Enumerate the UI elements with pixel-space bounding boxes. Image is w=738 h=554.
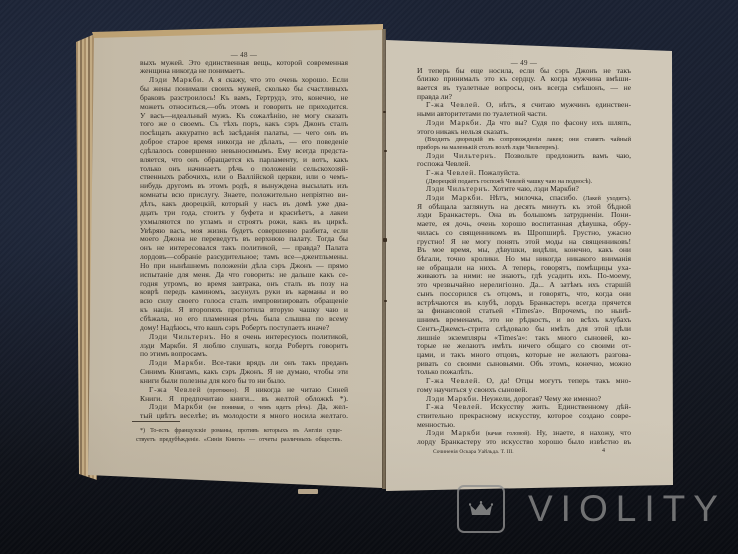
line-text: (Входитъ дворецкій въ сопровожденіи лаке… xyxy=(425,136,631,143)
line-text: Пожалуйста. xyxy=(477,168,520,177)
line-text: лорду Бранкастеру это искусство хорошо б… xyxy=(417,437,631,446)
speaker-name: Лэди Маркби xyxy=(426,428,480,437)
line-text: госпожа Чевлей. xyxy=(417,159,470,168)
spine-damage-mark xyxy=(383,238,387,242)
line-text: гому научиться у своихъ сыновей. xyxy=(417,385,527,394)
line-text: Искусству жить. Единственному дѣй- xyxy=(483,402,631,411)
line-text: Но при нынѣшнемъ положеніи дѣла сэръ Джо… xyxy=(140,261,348,270)
line-text: А я скажу, что это очень хорошо. Если xyxy=(204,75,348,84)
line-text: сбѣжала, но его пламенная рѣчь была слыш… xyxy=(140,314,348,323)
speaker-name: Г-жа Чевлей xyxy=(149,385,201,394)
line-text: ривать со своими сыновьями. Объ этомъ, к… xyxy=(417,359,631,368)
text-line: (Входитъ дворецкій въ сопровожденіи лаке… xyxy=(417,136,631,144)
watermark-text: VIOLITY xyxy=(528,489,726,529)
line-text: грустно! Я не могу понять этой моды на с… xyxy=(417,237,631,246)
line-text: Хотите чаю, лэди Маркби? xyxy=(490,184,578,193)
line-text: всю силу своего голоса сталъ импровизиро… xyxy=(140,296,348,305)
line-text: живаютъ за ними: не знаютъ, гдѣ усадить … xyxy=(417,271,631,280)
text-line: тый цвѣтъ веселѣе; въ молодости я много … xyxy=(140,412,348,421)
line-text: выхъ мужей. Это единственная вещь, котор… xyxy=(140,58,348,67)
line-text: чилась со священникомъ въ Шропширѣ. Грус… xyxy=(417,228,631,237)
line-text: И теперь бы еще носила, если бы сэръ Джо… xyxy=(417,66,631,75)
line-text: Сентъ-Джемсъ-стрита слѣдовало бы имѣть д… xyxy=(417,324,631,333)
line-text: за финансовой статьей «Times'а». Впрочем… xyxy=(417,306,631,315)
book-spine xyxy=(382,29,386,489)
footer-collection-title: Сочиненія Оскара Уайльда. Т. III. xyxy=(433,449,514,456)
speaker-name: Лэди Маркби xyxy=(149,402,203,411)
line-text: Да что вы? Судя по фасону ихъ шляпъ, xyxy=(482,118,631,127)
line-text: Я обѣщала заглянуть на десять минутъ къ … xyxy=(417,202,631,211)
line-text: ствуетъ предубѣжденіе. «Синія Книги» — о… xyxy=(136,437,342,443)
speaker-name: Лэди Чильтернъ. xyxy=(426,151,497,160)
line-text: цами, и такъ много отцовъ, которые не же… xyxy=(417,350,631,359)
text-line: Г-жа Чевлей. Пожалуйста. xyxy=(417,169,631,178)
line-text: не обращали на нихъ. А теперь, говорятъ,… xyxy=(417,263,631,272)
line-text: книги были полезны для кого бы то ни был… xyxy=(140,376,286,385)
footnote-line: *) То-есть французскіе романы, противъ к… xyxy=(136,427,342,436)
right-page-text: И теперь бы еще носила, если бы сэръ Джо… xyxy=(417,67,631,447)
line-text: маете, ея дочь, очень хорошо воспитанная… xyxy=(417,219,631,228)
spine-damage-mark xyxy=(384,150,387,152)
line-text: ухмыляются по угламъ и строятъ рожи, как… xyxy=(140,217,348,226)
line-text: дцать три года, стоитъ у буфета и краснѣ… xyxy=(140,208,348,217)
line-text: коврѣ передъ каминомъ, засунулъ руки въ … xyxy=(140,287,348,296)
line-text: Позвольте предложить вамъ чаю, xyxy=(497,151,631,160)
speaker-name: Лэди Маркби. xyxy=(426,118,482,127)
page-tab xyxy=(298,489,318,494)
line-text: моего Джона не переведутъ въ верхнюю пал… xyxy=(140,234,348,243)
line-text: Но я очень интересуюсь политикой, xyxy=(216,332,348,341)
line-text: ствительно прекрасному искусству, которо… xyxy=(417,411,631,420)
line-text: менностью. xyxy=(417,420,455,429)
left-page-text: выхъ мужей. Это единственная вещь, котор… xyxy=(140,59,348,422)
spine-damage-mark xyxy=(384,300,387,302)
line-text: бѣгали, точно кролики. Но мы никогда ник… xyxy=(417,254,631,263)
line-text: дому! Надѣюсь, что вашъ сэръ Робертъ пос… xyxy=(140,323,329,332)
text-line: лорду Бранкастеру это искусство хорошо б… xyxy=(417,438,631,447)
line-text: О, да! Отцы могутъ теперь такъ мно- xyxy=(481,376,631,385)
line-text: близко принималъ это къ сердцу. А когда … xyxy=(417,74,631,83)
line-text: лишніе экземпляры «Times'а»: такъ много … xyxy=(417,333,631,342)
line-text: годня утромъ, во время завтрака, онъ ста… xyxy=(140,279,348,288)
line-text: женщина никогда не понимаетъ. xyxy=(140,66,245,75)
footnote: *) То-есть французскіе романы, противъ к… xyxy=(136,427,342,444)
speaker-name: Г-жа Чевлей. xyxy=(426,168,477,177)
line-text: лэди Бранкастеръ. Она въ большомъ затруд… xyxy=(417,210,631,219)
text-line: этого никакъ нельзя сказать. xyxy=(417,128,631,137)
line-text: вается въ туалетные вопросы, онъ всегда … xyxy=(417,83,631,92)
line-text: Я никогда не читаю Синей xyxy=(238,385,348,394)
line-text: бы жены понимали своихъ мужей, сколько б… xyxy=(140,84,348,93)
speaker-name: Г-жа Чевлей. xyxy=(426,376,481,385)
speaker-name: Лэди Маркби. xyxy=(149,75,204,84)
line-text: О, нѣтъ, я считаю мужчинъ единствен- xyxy=(480,100,631,109)
line-text: доброе старое время никогда не дѣлалъ, —… xyxy=(140,137,348,146)
line-text: только пожалѣть. xyxy=(417,367,473,376)
line-text: только онъ начинаетъ рѣчь о положеніи се… xyxy=(140,164,348,173)
line-text: испытаніе для меня. Да что говорить: не … xyxy=(140,270,348,279)
line-text: Все-таки врядъ ли онъ такъ преданъ xyxy=(206,358,348,367)
line-text: того же о своемъ. Съ тѣхъ поръ, какъ сэр… xyxy=(140,119,348,128)
line-text: Увѣряю васъ, моя жизнь будетъ совершенно… xyxy=(140,226,348,235)
line-text: сдѣлалось совершенно невыносимымъ. Ему в… xyxy=(140,146,348,155)
line-text: Въ мое время, мы, дѣвушки, видѣли, конеч… xyxy=(417,245,631,254)
line-text: встрѣчаются въ клубѣ, лордъ Бранкастеръ … xyxy=(417,298,631,307)
line-text: онъ не интересовался такъ политикой, — п… xyxy=(140,243,348,252)
footnote-line: ствуетъ предубѣжденіе. «Синія Книги» — о… xyxy=(136,436,342,445)
line-text: Ну, знаете, я нахожу, что xyxy=(531,428,631,437)
line-text: Неужели, дорогая? Чему же именно? xyxy=(479,394,601,403)
line-text: браковъ разстроилось! Къ вамъ, Гертрудэ,… xyxy=(140,93,348,102)
line-text: ными авторитетами по туалетной части. xyxy=(417,109,547,118)
line-text: это чрезвычайно нерелигіозно. Да... А за… xyxy=(417,280,631,289)
line-text: нибудь другомъ въ этомъ родѣ, я вынужден… xyxy=(140,181,348,190)
line-text: *) То-есть французскіе романы, противъ к… xyxy=(140,428,342,434)
speaker-name: Лэди Маркби. xyxy=(149,358,206,367)
line-text: сынъ поссорился съ отцомъ, и говорятъ, ч… xyxy=(417,289,631,298)
line-text: дѣть, какъ дворецкій, который у насъ въ … xyxy=(140,199,348,208)
line-text: тый цвѣтъ веселѣе; въ молодости я много … xyxy=(140,411,348,420)
footer-signature-mark: 4 xyxy=(602,448,605,455)
line-text: У васъ—идеальный мужъ. Къ сожалѣнію, не … xyxy=(140,111,348,120)
line-text: шнимъ временамъ, это не рѣдкость, и во в… xyxy=(417,315,631,324)
line-text: вляется, что онъ обращается къ парламент… xyxy=(140,155,348,164)
speaker-name: Лэди Чильтернъ. xyxy=(426,184,490,193)
speaker-name: Лэди Маркби. xyxy=(426,193,484,202)
line-text: этого никакъ нельзя сказать. xyxy=(417,127,509,136)
line-text: ственныхъ рабочихъ, или о Валлійской цер… xyxy=(140,172,348,181)
line-text: Да, жел- xyxy=(312,402,348,411)
line-text: лордовъ—собраніе разсудительное; тамъ вс… xyxy=(140,252,348,261)
speaker-name: Г-жа Чевлей. xyxy=(426,100,480,109)
speaker-name: Лэди Маркби. xyxy=(426,394,479,403)
line-text: Синимъ Книгамъ, какъ сэръ Джонъ. Я не ду… xyxy=(140,367,348,376)
crown-icon xyxy=(469,501,493,516)
line-text: торые не желаютъ имѣть ничего общаго со … xyxy=(417,341,631,350)
line-text: къ націи. Я второпяхъ проглотила вторую … xyxy=(140,305,348,314)
watermark-logo xyxy=(457,485,505,533)
line-text: по этимъ вопросамъ. xyxy=(140,349,208,358)
speaker-name: Г-жа Чевлей. xyxy=(426,402,483,411)
line-text: Нѣтъ, милочка, спасибо. xyxy=(484,193,578,202)
line-text: посѣщать аккуратно всѣ засѣданія палаты,… xyxy=(140,128,348,137)
speaker-name: Лэди Чильтернъ. xyxy=(149,332,216,341)
spine-damage-mark xyxy=(383,111,386,113)
footnote-rule xyxy=(132,421,180,422)
line-text: Книги. Я предпочитаю книги... въ желтой … xyxy=(140,394,348,403)
line-text: можетъ относиться,—объ этомъ и говорить … xyxy=(140,102,348,111)
line-text: правда ли? xyxy=(417,92,452,101)
line-text: комнаты всю прислугу. Знаете, положитель… xyxy=(140,190,348,199)
line-text: лэди Маркби. Я люблю слушать, когда Робе… xyxy=(140,341,348,350)
